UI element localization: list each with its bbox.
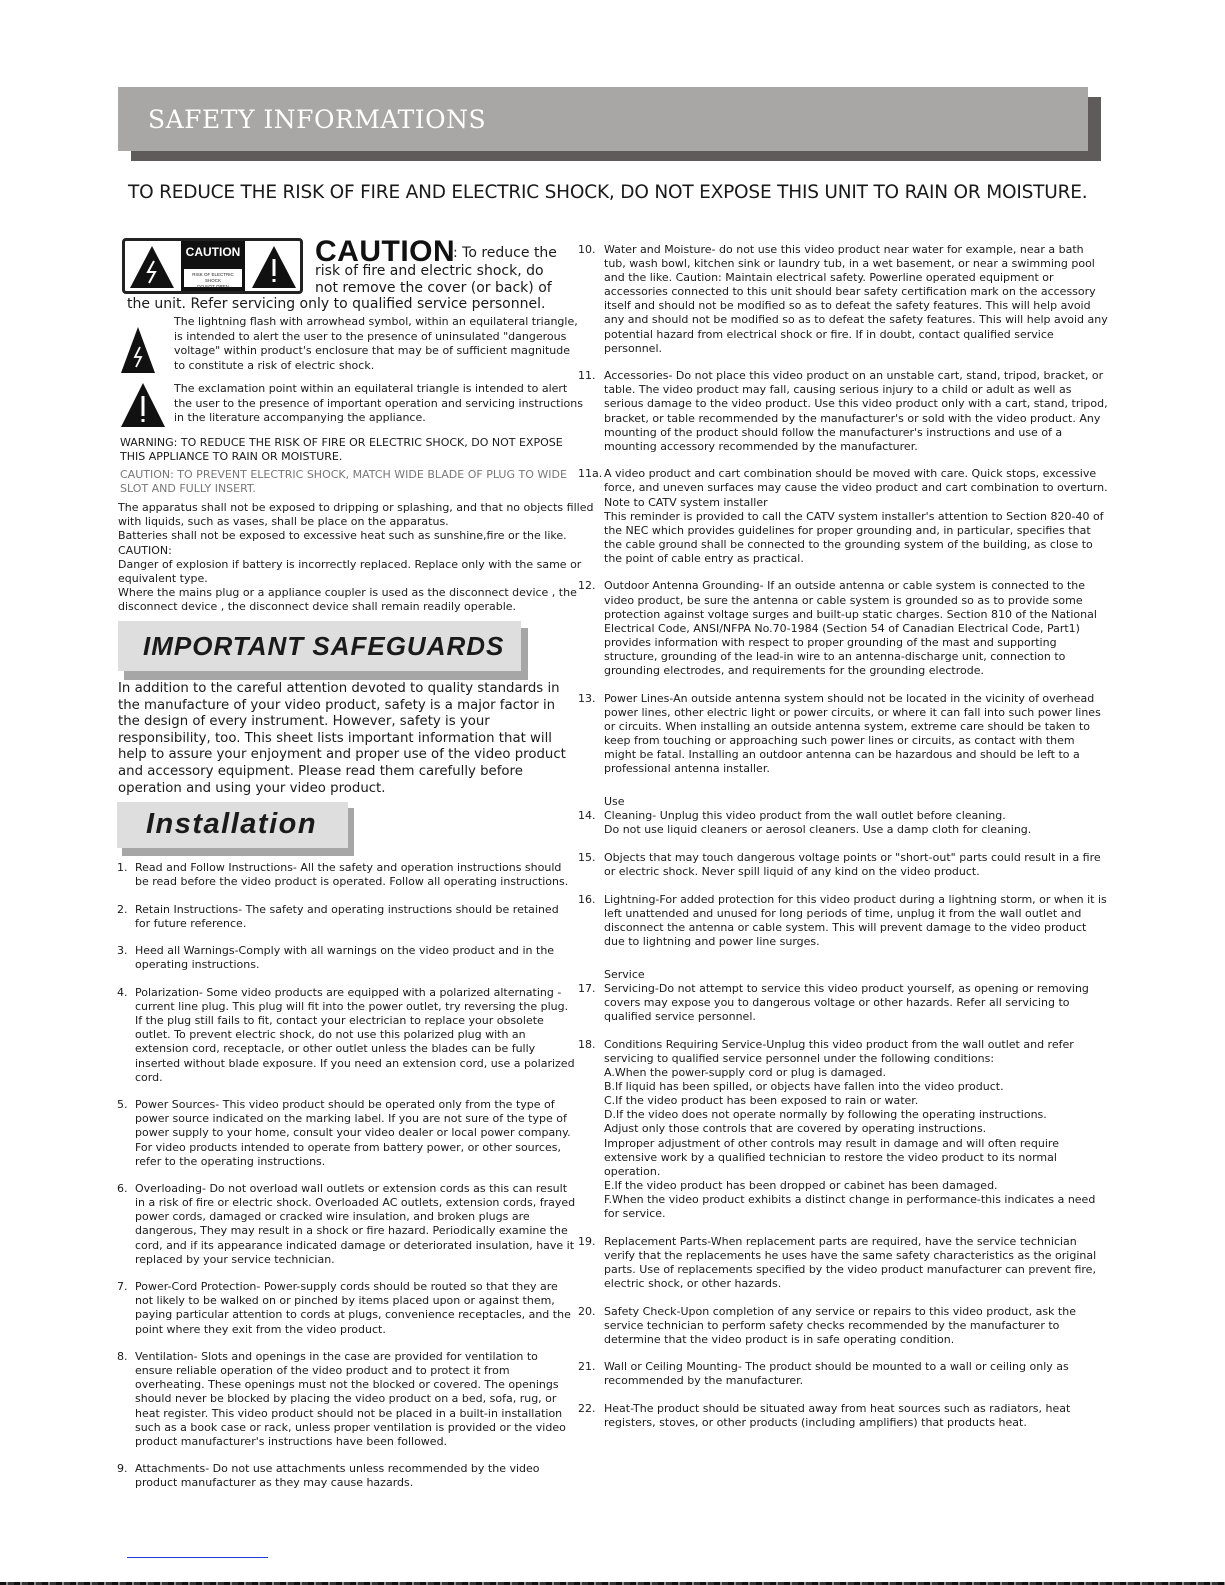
caution-text-lines: risk of fire and electric shock, do not … bbox=[315, 263, 565, 297]
item-number: 17. bbox=[578, 982, 596, 996]
list-item: 18.Conditions Requiring Service-Unplug t… bbox=[578, 1038, 1108, 1221]
item-number: 6. bbox=[117, 1182, 128, 1196]
item-number: 9. bbox=[117, 1462, 128, 1476]
item-number: 10. bbox=[578, 243, 596, 257]
list-item: 22.Heat-The product should be situated a… bbox=[578, 1402, 1108, 1430]
list-item: 13.Power Lines-An outside antenna system… bbox=[578, 692, 1108, 777]
item-text: Conditions Requiring Service-Unplug this… bbox=[604, 1038, 1108, 1221]
item-number: 12. bbox=[578, 579, 596, 593]
lightning-triangle-icon bbox=[129, 245, 175, 289]
page-title: SAFETY INFORMATIONS bbox=[148, 105, 486, 134]
list-item: 8.Ventilation- Slots and openings in the… bbox=[117, 1350, 577, 1449]
item-text: Safety Check-Upon completion of any serv… bbox=[604, 1305, 1108, 1347]
safeguards-heading: IMPORTANT SAFEGUARDS bbox=[143, 631, 504, 662]
item-text: Polarization- Some video products are eq… bbox=[135, 986, 577, 1085]
caution-label-sub-line1: RISK OF ELECTRIC SHOCK bbox=[184, 272, 242, 284]
item-number: 22. bbox=[578, 1402, 596, 1416]
apparatus-line: Where the mains plug or a appliance coup… bbox=[118, 586, 598, 614]
safeguards-list-right: 10.Water and Moisture- do not use this v… bbox=[578, 243, 1108, 1444]
item-text: Power Sources- This video product should… bbox=[135, 1098, 577, 1168]
section-subheading-use: Use bbox=[578, 782, 1108, 809]
item-text: Cleaning- Unplug this video product from… bbox=[604, 809, 1108, 837]
caution-plug-text: CAUTION: TO PREVENT ELECTRIC SHOCK, MATC… bbox=[120, 468, 580, 495]
apparatus-line: Batteries shall not be exposed to excess… bbox=[118, 529, 598, 543]
item-number: 18. bbox=[578, 1038, 596, 1052]
list-item: 15.Objects that may touch dangerous volt… bbox=[578, 851, 1108, 879]
item-text: Wall or Ceiling Mounting- The product sh… bbox=[604, 1360, 1108, 1388]
apparatus-line: CAUTION: bbox=[118, 544, 598, 558]
item-number: 19. bbox=[578, 1235, 596, 1249]
intro-warning: TO REDUCE THE RISK OF FIRE AND ELECTRIC … bbox=[128, 180, 1088, 205]
item-text: Water and Moisture- do not use this vide… bbox=[604, 243, 1108, 356]
item-text: Read and Follow Instructions- All the sa… bbox=[135, 861, 577, 889]
item-number: 13. bbox=[578, 692, 596, 706]
safeguards-paragraph: In addition to the careful attention dev… bbox=[118, 681, 578, 797]
list-item: 3.Heed all Warnings-Comply with all warn… bbox=[117, 944, 577, 972]
list-item: 1.Read and Follow Instructions- All the … bbox=[117, 861, 577, 889]
installation-list: 1.Read and Follow Instructions- All the … bbox=[117, 861, 577, 1504]
item-number: 8. bbox=[117, 1350, 128, 1364]
item-text: Objects that may touch dangerous voltage… bbox=[604, 851, 1108, 879]
symbol-text: The exclamation point within an equilate… bbox=[174, 382, 584, 426]
item-number: 20. bbox=[578, 1305, 596, 1319]
list-item: 16.Lightning-For added protection for th… bbox=[578, 893, 1108, 949]
footer-link-underline bbox=[127, 1557, 268, 1558]
exclamation-triangle-icon bbox=[120, 382, 166, 428]
item-text: Retain Instructions- The safety and oper… bbox=[135, 903, 577, 931]
apparatus-line: The apparatus shall not be exposed to dr… bbox=[118, 501, 598, 529]
list-item: 21.Wall or Ceiling Mounting- The product… bbox=[578, 1360, 1108, 1388]
caution-label-title: CAUTION bbox=[181, 245, 245, 259]
item-text: Replacement Parts-When replacement parts… bbox=[604, 1235, 1108, 1291]
apparatus-line: Danger of explosion if battery is incorr… bbox=[118, 558, 598, 586]
item-text: Overloading- Do not overload wall outlet… bbox=[135, 1182, 577, 1267]
page-banner: SAFETY INFORMATIONS bbox=[118, 87, 1088, 151]
item-number: 4. bbox=[117, 986, 128, 1000]
caution-label-sub-line2: DO NOT OPEN bbox=[184, 284, 242, 290]
caution-text-line1: : To reduce the bbox=[453, 245, 557, 261]
caution-label-center: CAUTION RISK OF ELECTRIC SHOCK DO NOT OP… bbox=[181, 241, 245, 291]
list-item: 14.Cleaning- Unplug this video product f… bbox=[578, 809, 1108, 837]
item-text: Accessories- Do not place this video pro… bbox=[604, 369, 1108, 454]
item-number: 1. bbox=[117, 861, 128, 875]
list-item: 11.Accessories- Do not place this video … bbox=[578, 369, 1108, 454]
subheading-text: Service bbox=[604, 968, 1108, 982]
item-number: 2. bbox=[117, 903, 128, 917]
item-text: Power Lines-An outside antenna system sh… bbox=[604, 692, 1108, 777]
list-item: 4.Polarization- Some video products are … bbox=[117, 986, 577, 1085]
exclamation-triangle-icon bbox=[251, 245, 297, 289]
item-number: 11a. bbox=[578, 467, 602, 481]
list-item: 10.Water and Moisture- do not use this v… bbox=[578, 243, 1108, 356]
list-item: 9.Attachments- Do not use attachments un… bbox=[117, 1462, 577, 1490]
item-text: A video product and cart combination sho… bbox=[604, 467, 1108, 566]
section-subheading-service: Service bbox=[578, 955, 1108, 982]
list-item: 20.Safety Check-Upon completion of any s… bbox=[578, 1305, 1108, 1347]
list-item: 11a.A video product and cart combination… bbox=[578, 467, 1108, 566]
list-item: 5.Power Sources- This video product shou… bbox=[117, 1098, 577, 1168]
caution-label: CAUTION RISK OF ELECTRIC SHOCK DO NOT OP… bbox=[122, 238, 303, 294]
item-text: Outdoor Antenna Grounding- If an outside… bbox=[604, 579, 1108, 678]
item-text: Heed all Warnings-Comply with all warnin… bbox=[135, 944, 577, 972]
item-text: Lightning-For added protection for this … bbox=[604, 893, 1108, 949]
item-number: 16. bbox=[578, 893, 596, 907]
list-item: 2.Retain Instructions- The safety and op… bbox=[117, 903, 577, 931]
subheading-text: Use bbox=[604, 795, 1108, 809]
item-number: 15. bbox=[578, 851, 596, 865]
item-number: 3. bbox=[117, 944, 128, 958]
list-item: 19.Replacement Parts-When replacement pa… bbox=[578, 1235, 1108, 1291]
symbol-text: The lightning flash with arrowhead symbo… bbox=[174, 315, 584, 373]
list-item: 12.Outdoor Antenna Grounding- If an outs… bbox=[578, 579, 1108, 678]
list-item: 6.Overloading- Do not overload wall outl… bbox=[117, 1182, 577, 1267]
caution-text-line3: the unit. Refer servicing only to qualif… bbox=[127, 296, 545, 312]
item-text: Power-Cord Protection- Power-supply cord… bbox=[135, 1280, 577, 1336]
safeguards-heading-box: IMPORTANT SAFEGUARDS bbox=[118, 621, 521, 671]
list-item: 7.Power-Cord Protection- Power-supply co… bbox=[117, 1280, 577, 1336]
item-number: 11. bbox=[578, 369, 596, 383]
installation-heading-box: Installation bbox=[117, 802, 348, 848]
caution-label-subtext: RISK OF ELECTRIC SHOCK DO NOT OPEN bbox=[184, 269, 242, 287]
list-item: 17.Servicing-Do not attempt to service t… bbox=[578, 982, 1108, 1024]
warning-text: WARNING: TO REDUCE THE RISK OF FIRE OR E… bbox=[120, 436, 580, 463]
item-text: Ventilation- Slots and openings in the c… bbox=[135, 1350, 577, 1449]
apparatus-notes: The apparatus shall not be exposed to dr… bbox=[118, 501, 598, 615]
lightning-triangle-icon bbox=[120, 325, 156, 375]
item-number: 14. bbox=[578, 809, 596, 823]
item-number: 7. bbox=[117, 1280, 128, 1294]
installation-heading: Installation bbox=[146, 808, 317, 841]
item-text: Heat-The product should be situated away… bbox=[604, 1402, 1108, 1430]
item-number: 5. bbox=[117, 1098, 128, 1112]
item-text: Servicing-Do not attempt to service this… bbox=[604, 982, 1108, 1024]
item-text: Attachments- Do not use attachments unle… bbox=[135, 1462, 577, 1490]
item-number: 21. bbox=[578, 1360, 596, 1374]
